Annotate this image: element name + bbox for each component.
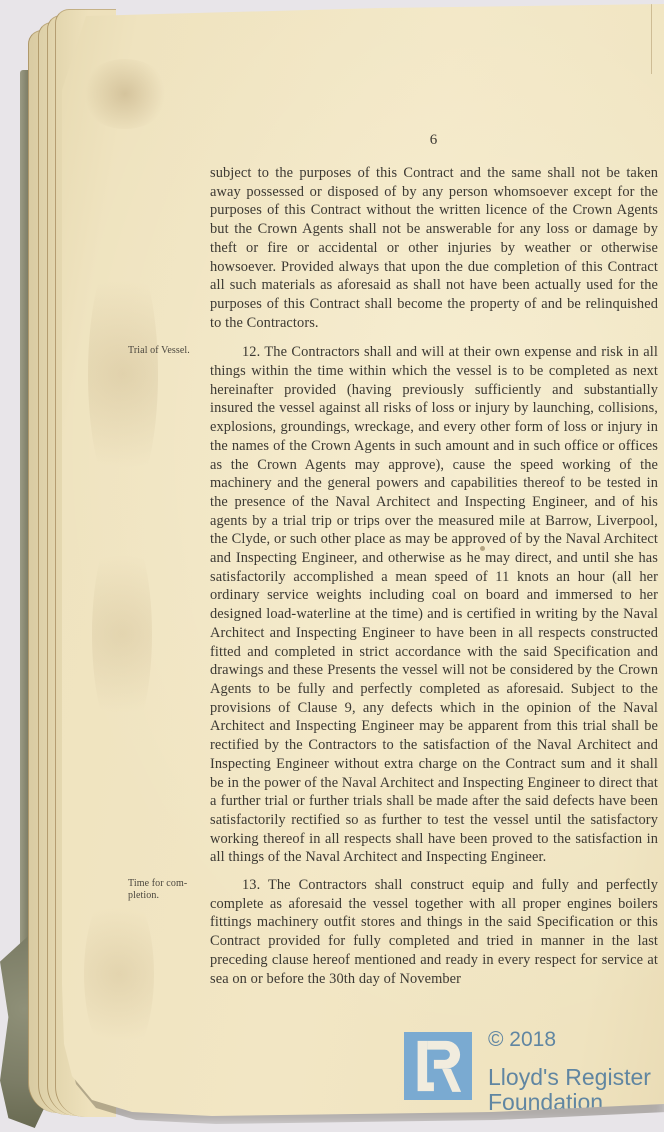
- text-block: 6 subject to the purposes of this Contra…: [210, 132, 658, 988]
- lloyds-register-watermark: © 2018 Lloyd's Register Foundation: [404, 1026, 651, 1115]
- adjacent-page-edge: [651, 4, 653, 74]
- paragraph-continuation: subject to the purposes of this Contract…: [210, 164, 658, 332]
- page-number: 6: [210, 132, 658, 149]
- margin-note-trial-of-vessel: Trial of Vessel.: [128, 345, 194, 357]
- paragraph-text: subject to the purposes of this Contract…: [210, 165, 658, 331]
- scanned-book-photo: { "page": { "number": "6", "paragraphs":…: [0, 0, 664, 1132]
- paper-stain: [84, 884, 154, 1064]
- paper-stain: [88, 244, 158, 504]
- paper-stain: [80, 59, 170, 129]
- paragraph-clause-12: Trial of Vessel. 12. The Contractors sha…: [210, 343, 658, 867]
- paper-stain: [92, 524, 152, 744]
- paragraph-clause-13: Time for com-pletion. 13. The Contractor…: [210, 876, 658, 988]
- paragraph-text: 12. The Contractors shall and will at th…: [210, 344, 658, 865]
- watermark-copyright: © 2018: [488, 1028, 651, 1052]
- paragraph-text: 13. The Contractors shall construct equi…: [210, 877, 658, 987]
- book-page: 6 subject to the purposes of this Contra…: [62, 4, 664, 1116]
- watermark-text: © 2018 Lloyd's Register Foundation: [488, 1026, 651, 1115]
- margin-note-time-for-completion: Time for com-pletion.: [128, 878, 194, 901]
- lr-logo-icon: [404, 1032, 472, 1100]
- watermark-org-line1: Lloyd's Register: [488, 1065, 651, 1090]
